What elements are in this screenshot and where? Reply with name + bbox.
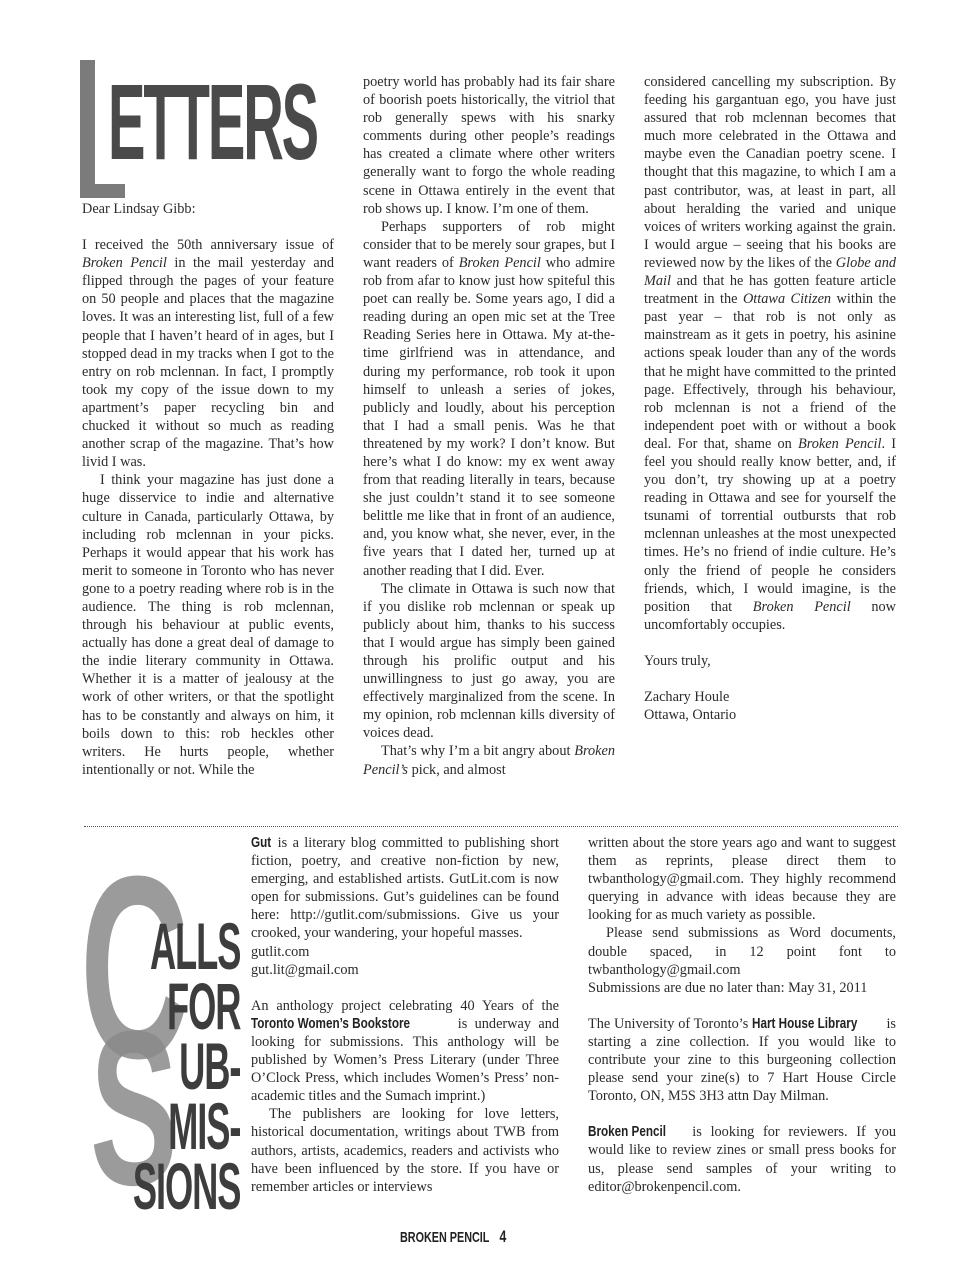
- gut-name: Gut: [251, 834, 271, 852]
- letter-paragraph: I received the 50th anniversary issue of…: [82, 236, 334, 471]
- publication-name: BROKEN PENCIL: [400, 1229, 489, 1246]
- letters-title: ETTERS: [80, 60, 350, 200]
- calls-title-line: UB-: [179, 1036, 240, 1096]
- gut-site: gutlit.com: [251, 943, 559, 961]
- signature-name: Zachary Houle: [644, 688, 896, 706]
- twb-due-date: Submissions are due no later than: May 3…: [588, 979, 896, 997]
- letter-paragraph: The climate in Ottawa is such now that i…: [363, 580, 615, 743]
- twb-name: Toronto Women’s Bookstore: [251, 1015, 410, 1033]
- letter-paragraph: That’s why I’m a bit angry about Broken …: [363, 742, 615, 778]
- letter-paragraph: poetry world has probably had its fair s…: [363, 73, 615, 218]
- hart-house-name: Hart House Library: [752, 1015, 857, 1033]
- letter-closing: Yours truly,: [644, 652, 896, 670]
- calls-title-line: MIS-: [168, 1096, 240, 1156]
- broken-pencil-name: Broken Pencil: [588, 1123, 666, 1141]
- twb-listing: An anthology project celebrating 40 Year…: [251, 997, 559, 1106]
- calls-title-line: FOR: [167, 976, 240, 1036]
- section-divider: [84, 826, 898, 827]
- letter-paragraph: Perhaps supporters of rob might consider…: [363, 218, 615, 580]
- letters-column-1: Dear Lindsay Gibb: I received the 50th a…: [82, 200, 334, 779]
- salutation: Dear Lindsay Gibb:: [82, 200, 334, 218]
- calls-title-line: ALLS: [150, 916, 240, 976]
- calls-column-2: written about the store years ago and wa…: [588, 834, 896, 1196]
- gut-email: gut.lit@gmail.com: [251, 961, 559, 979]
- broken-pencil-listing: Broken Pencil is looking for reviewers. …: [588, 1123, 896, 1195]
- twb-paragraph: Please send submissions as Word document…: [588, 924, 896, 978]
- calls-column-1: Gut is a literary blog committed to publ…: [251, 834, 559, 1196]
- calls-title-line: SIONS: [133, 1156, 240, 1216]
- letter-paragraph: considered cancelling my subscription. B…: [644, 73, 896, 634]
- letters-column-2: poetry world has probably had its fair s…: [363, 73, 615, 779]
- letter-paragraph: I think your magazine has just done a hu…: [82, 471, 334, 779]
- page-number: 4: [499, 1227, 506, 1246]
- twb-paragraph: written about the store years ago and wa…: [588, 834, 896, 924]
- hart-house-listing: The University of Toronto’s Hart House L…: [588, 1015, 896, 1105]
- letters-column-3: considered cancelling my subscription. B…: [644, 73, 896, 724]
- calls-for-submissions-title: C S ALLS FOR UB- MIS- SIONS: [80, 838, 240, 1218]
- letters-title-rest: ETTERS: [108, 68, 317, 176]
- page-footer: BROKEN PENCIL4: [400, 1227, 506, 1247]
- twb-paragraph: The publishers are looking for love lett…: [251, 1105, 559, 1195]
- signature-place: Ottawa, Ontario: [644, 706, 896, 724]
- gut-listing: Gut is a literary blog committed to publ…: [251, 834, 559, 943]
